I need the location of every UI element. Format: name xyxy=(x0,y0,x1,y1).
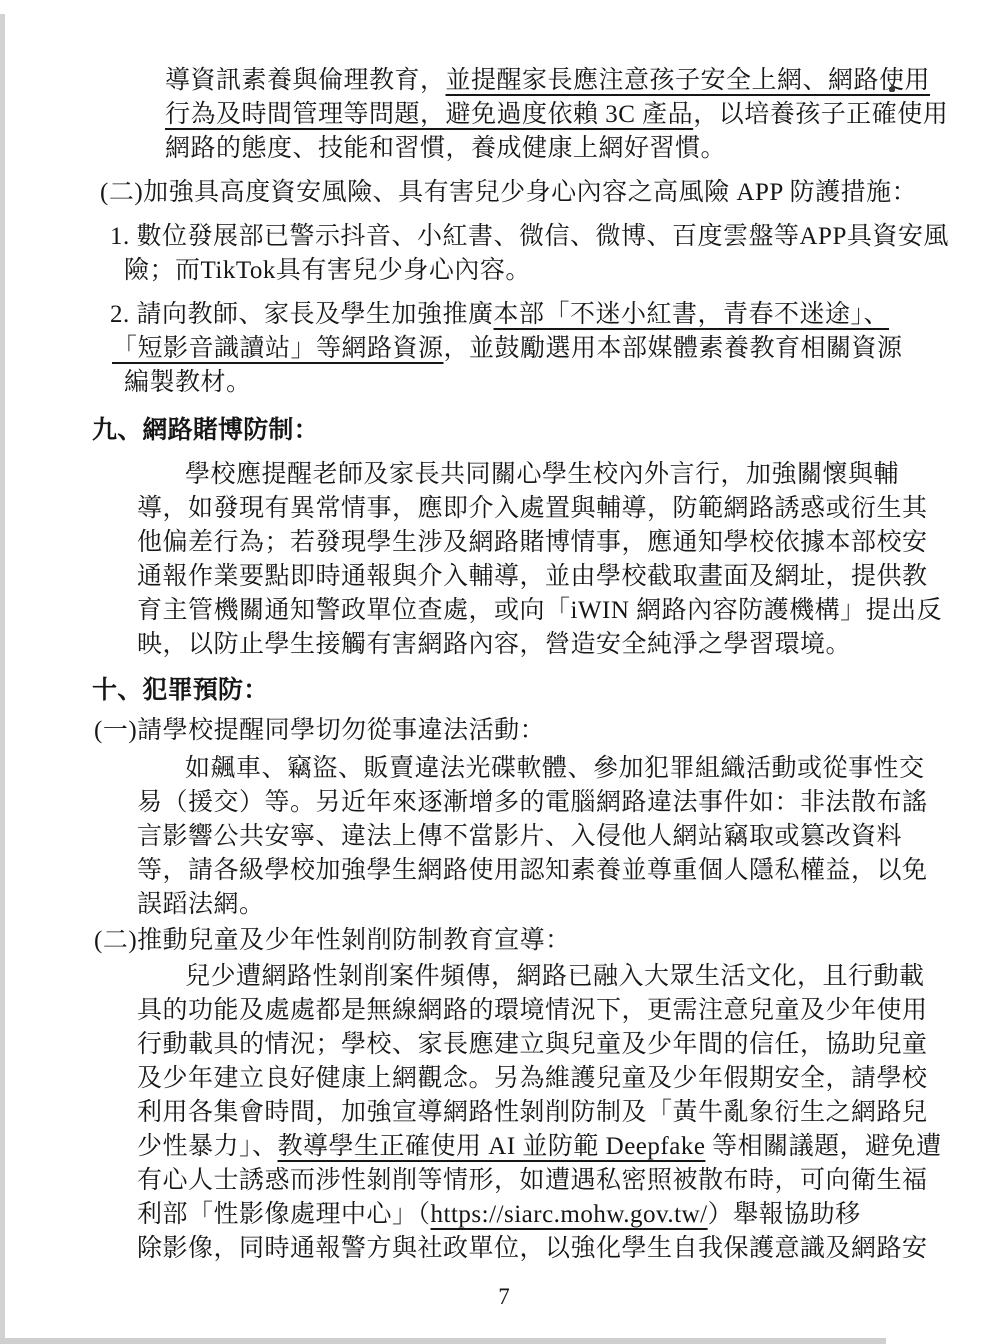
section-heading-9: 九、網路賭博防制： xyxy=(0,414,1008,448)
text-segment: 行為及時間管理等問題，避免過度依賴 3C 產品 xyxy=(165,101,693,128)
text-segment: 險；而TikTok具有害兒少身心內容。 xyxy=(124,257,531,284)
text-segment: 網路的態度、技能和習慣，養成健康上網好習慣。 xyxy=(165,135,726,162)
doc-line: (二)加強具高度資安風險、具有害兒少身心內容之高風險 APP 防護措施： xyxy=(100,176,1008,210)
lettered-item-2-upper: (二)加強具高度資安風險、具有害兒少身心內容之高風險 APP 防護措施： xyxy=(0,176,1008,210)
text-segment: 導資訊素養與倫理教育， xyxy=(165,67,446,94)
document-page: 導資訊素養與倫理教育，並提醒家長應注意孩子安全上網、網路使用 行為及時間管理等問… xyxy=(0,0,1008,1314)
doc-line: 1. 數位發展部已警示抖音、小紅書、微信、微博、百度雲盤等APP具資安風 xyxy=(110,220,1008,254)
doc-line: 通報作業要點即時通報與介入輔導，並由學校截取畫面及網址，提供教 xyxy=(137,560,1008,594)
text-segment: 他偏差行為；若發現學生涉及網路賭博情事，應通知學校依據本部校安 xyxy=(137,529,928,556)
doc-line: (二)推動兒童及少年性剝削防制教育宣導： xyxy=(94,924,1008,958)
text-segment: 等相關議題，避免遭 xyxy=(705,1133,941,1160)
text-segment: ）舉報協助移 xyxy=(708,1201,861,1228)
section-heading-10: 十、犯罪預防： xyxy=(0,674,1008,708)
doc-line: 利用各集會時間，加強宣導網路性剝削防制及「黃牛亂象衍生之網路兒 xyxy=(137,1096,1008,1130)
text-segment: 如飆車、竊盜、販賣違法光碟軟體、參加犯罪組織活動或從事性交 xyxy=(185,755,925,782)
text-segment: 除影像，同時通報警方與社政單位，以強化學生自我保護意識及網路安 xyxy=(137,1235,928,1262)
doc-line: 險；而TikTok具有害兒少身心內容。 xyxy=(124,254,1008,288)
doc-line: 他偏差行為；若發現學生涉及網路賭博情事，應通知學校依據本部校安 xyxy=(137,526,1008,560)
text-segment: (二)加強具高度資安風險、具有害兒少身心內容之高風險 APP 防護措施： xyxy=(100,179,917,206)
section-9-paragraph: 學校應提醒老師及家長共同關心學生校內外言行，加強關懷與輔 導，如發現有異常情事，… xyxy=(0,458,1008,662)
doc-line: 映，以防止學生接觸有害網路內容，營造安全純淨之學習環境。 xyxy=(137,628,1008,662)
text-segment: ，並鼓勵選用本部媒體素養教育相關資源 xyxy=(444,335,903,362)
doc-line: 利部「性影像處理中心」（https://siarc.mohw.gov.tw/）舉… xyxy=(137,1198,1008,1232)
text-segment: 本部「不迷小紅書，青春不迷途」、 xyxy=(494,301,890,328)
doc-line: 具的功能及處處都是無線網路的環境情況下，更需注意兒童及少年使用 xyxy=(137,994,1008,1028)
prev-paragraph-tail: 導資訊素養與倫理教育，並提醒家長應注意孩子安全上網、網路使用 行為及時間管理等問… xyxy=(0,64,1008,166)
doc-line: 兒少遭網路性剝削案件頻傳，網路已融入大眾生活文化，且行動載 xyxy=(185,960,1008,994)
doc-line: 易（援交）等。另近年來逐漸增多的電腦網路違法事件如：非法散布謠 xyxy=(137,786,1008,820)
text-segment: 具的功能及處處都是無線網路的環境情況下，更需注意兒童及少年使用 xyxy=(137,997,928,1024)
text-segment: 通報作業要點即時通報與介入輔導，並由學校截取畫面及網址，提供教 xyxy=(137,563,928,590)
text-segment: (二)推動兒童及少年性剝削防制教育宣導： xyxy=(94,927,571,954)
lettered-item-1-lower: (一)請學校提醒同學切勿從事違法活動： xyxy=(0,714,1008,748)
doc-line: 有心人士誘惑而涉性剝削等情形，如遭遇私密照被散布時，可向衛生福 xyxy=(137,1164,1008,1198)
text-segment: 利用各集會時間，加強宣導網路性剝削防制及「黃牛亂象衍生之網路兒 xyxy=(137,1099,928,1126)
doc-line: 誤蹈法網。 xyxy=(137,888,1008,922)
lettered-item-2-lower: (二)推動兒童及少年性剝削防制教育宣導： xyxy=(0,924,1008,958)
text-segment: (一)請學校提醒同學切勿從事違法活動： xyxy=(94,717,545,744)
text-segment: 及少年建立良好健康上網觀念。另為維護兒童及少年假期安全，請學校 xyxy=(137,1065,928,1092)
doc-line: 行為及時間管理等問題，避免過度依賴 3C 產品，以培養孩子正確使用 xyxy=(165,98,1008,132)
text-segment: 「短影音識讀站」等網路資源 xyxy=(112,335,444,362)
text-segment: 等，請各級學校加強學生網路使用認知素養並尊重個人隱私權益，以免 xyxy=(137,857,928,884)
text-segment: 請向教師、家長及學生加強推廣 xyxy=(137,301,494,328)
text-segment: 利部「性影像處理中心」（ xyxy=(137,1201,431,1228)
doc-line: (一)請學校提醒同學切勿從事違法活動： xyxy=(94,714,1008,748)
doc-line: 行動載具的情況；學校、家長應建立與兒童及少年間的信任，協助兒童 xyxy=(137,1028,1008,1062)
doc-line: 導，如發現有異常情事，應即介入處置與輔導，防範網路誘惑或衍生其 xyxy=(137,492,1008,526)
doc-line: 等，請各級學校加強學生網路使用認知素養並尊重個人隱私權益，以免 xyxy=(137,854,1008,888)
numbered-item-2: 2. 請向教師、家長及學生加強推廣本部「不迷小紅書，青春不迷途」、 「短影音識讀… xyxy=(0,298,1008,400)
doc-line: 育主管機關通知警政單位查處，或向「iWIN 網路內容防護機構」提出反 xyxy=(137,594,1008,628)
text-segment: 2. xyxy=(110,301,137,328)
text-segment: 言影響公共安寧、違法上傳不當影片、入侵他人網站竊取或篡改資料 xyxy=(137,823,902,850)
text-segment: 1. xyxy=(110,223,137,250)
doc-line: 少性暴力」、教導學生正確使用 AI 並防範 Deepfake 等相關議題，避免遭 xyxy=(137,1130,1008,1164)
scan-edge-bottom xyxy=(0,1338,886,1344)
text-segment: 易（援交）等。另近年來逐漸增多的電腦網路違法事件如：非法散布謠 xyxy=(137,789,928,816)
section-title: 九、網路賭博防制： xyxy=(92,414,1008,448)
text-segment: 數位發展部已警示抖音、小紅書、微信、微博、百度雲盤等APP具資安風 xyxy=(137,223,949,250)
text-segment: 映，以防止學生接觸有害網路內容，營造安全純淨之學習環境。 xyxy=(137,631,851,658)
text-segment: 有心人士誘惑而涉性剝削等情形，如遭遇私密照被散布時，可向衛生福 xyxy=(137,1167,928,1194)
text-segment: 少性暴力」、 xyxy=(137,1133,278,1160)
text-segment: 十、犯罪預防： xyxy=(92,677,268,704)
doc-line: 及少年建立良好健康上網觀念。另為維護兒童及少年假期安全，請學校 xyxy=(137,1062,1008,1096)
doc-line: 如飆車、竊盜、販賣違法光碟軟體、參加犯罪組織活動或從事性交 xyxy=(185,752,1008,786)
doc-line: 編製教材。 xyxy=(124,366,1008,400)
text-segment: 九、網路賭博防制： xyxy=(92,417,319,444)
doc-line: 2. 請向教師、家長及學生加強推廣本部「不迷小紅書，青春不迷途」、 xyxy=(110,298,1008,332)
doc-line: 「短影音識讀站」等網路資源，並鼓勵選用本部媒體素養教育相關資源 xyxy=(112,332,1008,366)
text-segment: 行動載具的情況；學校、家長應建立與兒童及少年間的信任，協助兒童 xyxy=(137,1031,928,1058)
doc-line: 網路的態度、技能和習慣，養成健康上網好習慣。 xyxy=(165,132,1008,166)
doc-line: 除影像，同時通報警方與社政單位，以強化學生自我保護意識及網路安 xyxy=(137,1232,1008,1266)
text-segment: 誤蹈法網。 xyxy=(137,891,265,918)
item-1-paragraph: 如飆車、竊盜、販賣違法光碟軟體、參加犯罪組織活動或從事性交 易（援交）等。另近年… xyxy=(0,752,1008,922)
page-number: 7 xyxy=(0,1280,1008,1314)
text-segment: 兒少遭網路性剝削案件頻傳，網路已融入大眾生活文化，且行動載 xyxy=(185,963,925,990)
text-segment: 育主管機關通知警政單位查處，或向「iWIN 網路內容防護機構」提出反 xyxy=(137,597,942,624)
section-title: 十、犯罪預防： xyxy=(92,674,1008,708)
text-segment: ，以培養孩子正確使用 xyxy=(693,101,948,128)
text-segment: 編製教材。 xyxy=(124,369,252,396)
text-segment: 學校應提醒老師及家長共同關心學生校內外言行，加強關懷與輔 xyxy=(185,461,899,488)
doc-line: 學校應提醒老師及家長共同關心學生校內外言行，加強關懷與輔 xyxy=(185,458,1008,492)
item-2-paragraph: 兒少遭網路性剝削案件頻傳，網路已融入大眾生活文化，且行動載 具的功能及處處都是無… xyxy=(0,960,1008,1266)
text-segment: 教導學生正確使用 AI 並防範 Deepfake xyxy=(278,1133,706,1160)
url-link[interactable]: https://siarc.mohw.gov.tw/ xyxy=(431,1201,708,1228)
text-segment: 導，如發現有異常情事，應即介入處置與輔導，防範網路誘惑或衍生其 xyxy=(137,495,928,522)
doc-line: 言影響公共安寧、違法上傳不當影片、入侵他人網站竊取或篡改資料 xyxy=(137,820,1008,854)
numbered-item-1: 1. 數位發展部已警示抖音、小紅書、微信、微博、百度雲盤等APP具資安風 險；而… xyxy=(0,220,1008,288)
text-segment: 並提醒家長應注意孩子安全上網、網路使用 xyxy=(446,67,931,94)
doc-line: 導資訊素養與倫理教育，並提醒家長應注意孩子安全上網、網路使用 xyxy=(165,64,1008,98)
